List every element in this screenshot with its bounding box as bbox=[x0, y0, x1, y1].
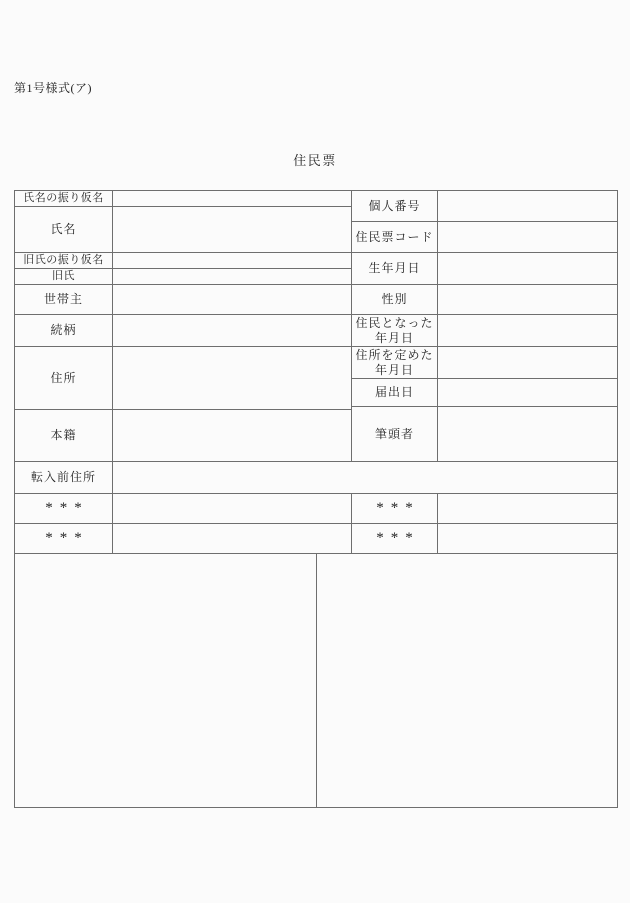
masked-row-2: *** *** bbox=[15, 524, 617, 554]
first-person-on-register-label: 筆頭者 bbox=[352, 407, 438, 462]
address-value bbox=[113, 347, 352, 410]
masked-left-1-value bbox=[113, 494, 352, 524]
date-address-set-label: 住所を定めた 年月日 bbox=[352, 347, 438, 379]
masked-left-2-value bbox=[113, 524, 352, 554]
date-of-birth-value bbox=[438, 253, 617, 285]
address-label: 住所 bbox=[15, 347, 113, 410]
individual-number-value bbox=[438, 191, 617, 222]
masked-row-1: *** *** bbox=[15, 494, 617, 524]
form-number: 第1号様式(ア) bbox=[14, 79, 92, 96]
sex-value bbox=[438, 285, 617, 315]
previous-address-value bbox=[113, 462, 617, 494]
name-label: 氏名 bbox=[15, 207, 113, 253]
former-name-furigana-label: 旧氏の振り仮名 bbox=[15, 253, 113, 269]
name-value bbox=[113, 207, 352, 253]
upper-left-half: 氏名の振り仮名 氏名 旧氏の振り仮名 旧氏 世帯主 続柄 住所 本籍 bbox=[15, 191, 352, 462]
lower-left-panel bbox=[15, 554, 317, 807]
lower-section bbox=[15, 554, 617, 807]
sex-label: 性別 bbox=[352, 285, 438, 315]
date-became-resident-label: 住民となった 年月日 bbox=[352, 315, 438, 347]
date-address-set-value bbox=[438, 347, 617, 379]
document-title: 住民票 bbox=[0, 150, 630, 169]
date-of-birth-label: 生年月日 bbox=[352, 253, 438, 285]
individual-number-label: 個人番号 bbox=[352, 191, 438, 222]
masked-right-1-value bbox=[438, 494, 617, 524]
head-of-household-value bbox=[113, 285, 352, 315]
lower-right-panel bbox=[317, 554, 617, 807]
masked-right-1-label: *** bbox=[352, 494, 438, 524]
previous-address-row: 転入前住所 bbox=[15, 462, 617, 494]
relationship-label: 続柄 bbox=[15, 315, 113, 347]
notification-date-label: 届出日 bbox=[352, 379, 438, 407]
masked-right-2-label: *** bbox=[352, 524, 438, 554]
masked-left-2-label: *** bbox=[15, 524, 113, 554]
registered-domicile-value bbox=[113, 410, 352, 462]
former-name-label: 旧氏 bbox=[15, 269, 113, 285]
date-became-resident-value bbox=[438, 315, 617, 347]
former-name-value bbox=[113, 269, 352, 285]
upper-right-half: 個人番号 住民票コード 生年月日 性別 住民となった 年月日 住所を定めた 年月… bbox=[352, 191, 617, 462]
relationship-value bbox=[113, 315, 352, 347]
resident-record-code-label: 住民票コード bbox=[352, 222, 438, 253]
former-name-furigana-value bbox=[113, 253, 352, 269]
name-furigana-value bbox=[113, 191, 352, 207]
name-furigana-label: 氏名の振り仮名 bbox=[15, 191, 113, 207]
masked-left-1-label: *** bbox=[15, 494, 113, 524]
head-of-household-label: 世帯主 bbox=[15, 285, 113, 315]
registered-domicile-label: 本籍 bbox=[15, 410, 113, 462]
notification-date-value bbox=[438, 379, 617, 407]
first-person-on-register-value bbox=[438, 407, 617, 462]
masked-right-2-value bbox=[438, 524, 617, 554]
resident-record-form-table: 氏名の振り仮名 氏名 旧氏の振り仮名 旧氏 世帯主 続柄 住所 本籍 個人番号 … bbox=[14, 190, 618, 808]
previous-address-label: 転入前住所 bbox=[15, 462, 113, 494]
resident-record-code-value bbox=[438, 222, 617, 253]
upper-section: 氏名の振り仮名 氏名 旧氏の振り仮名 旧氏 世帯主 続柄 住所 本籍 個人番号 … bbox=[15, 191, 617, 462]
